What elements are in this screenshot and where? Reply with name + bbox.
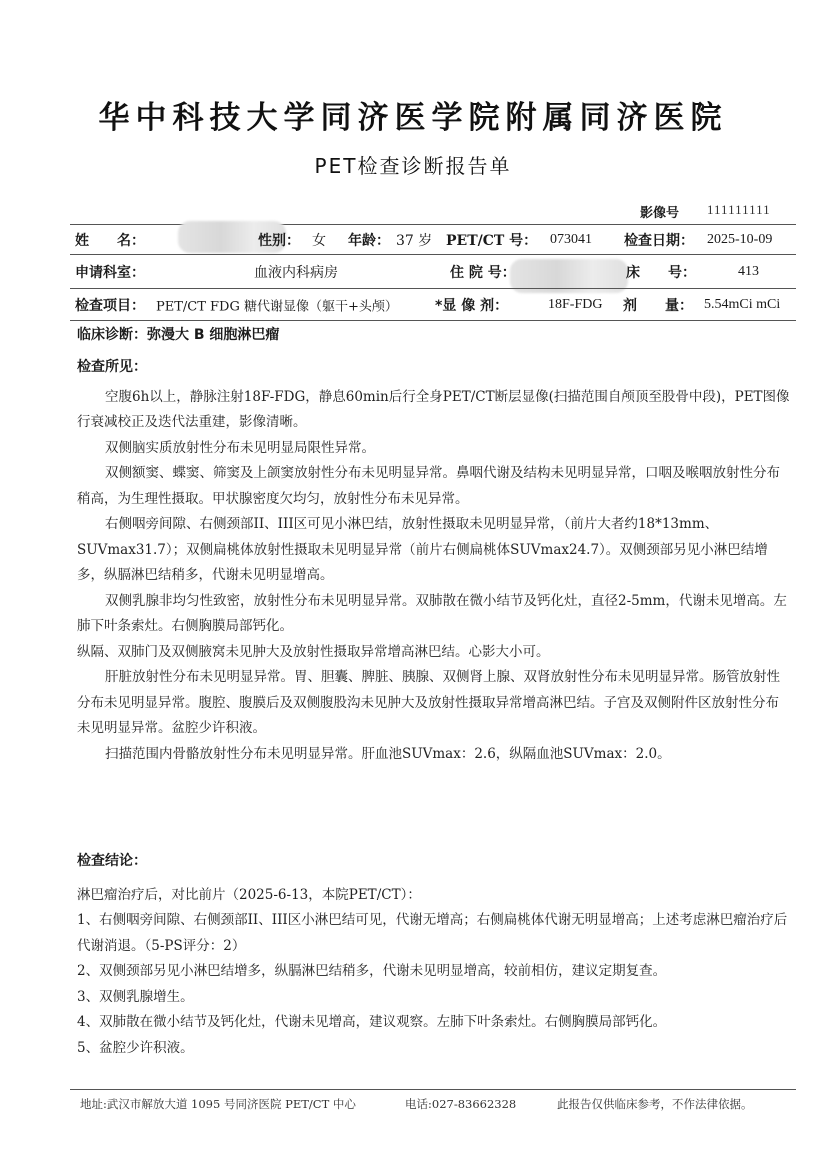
findings-paragraph: 纵隔、双肺门及双侧腋窝未见肿大及放射性摄取异常增高淋巴结。心影大小可。 <box>77 640 792 666</box>
sex-label: 性别： <box>258 230 300 250</box>
footer-disclaimer: 此报告仅供临床参考，不作法律依据。 <box>557 1096 753 1112</box>
image-number: 影像号 111111111 <box>640 202 771 221</box>
age-label: 年龄： <box>348 230 390 250</box>
footer-address: 地址:武汉市解放大道 1095 号同济医院 PET/CT 中心 <box>80 1096 356 1112</box>
dose-value: 5.54mCi mCi <box>704 297 780 313</box>
age-value: 37 岁 <box>396 230 432 250</box>
report-title: PET检查诊断报告单 <box>0 150 826 179</box>
clinical-diagnosis-value: 弥漫大 B 细胞淋巴瘤 <box>147 327 279 343</box>
exam-date-value: 2025-10-09 <box>707 232 772 248</box>
sex-value: 女 <box>312 230 326 250</box>
findings-section: 检查所见： 空腹6h以上，静脉注射18F-FDG，静息60min后行全身PET/… <box>77 355 792 767</box>
conclusion-item: 3、双侧乳腺增生。 <box>77 985 792 1011</box>
image-number-value: 111111111 <box>707 202 771 221</box>
tracer-label: *显 像 剂： <box>435 295 508 315</box>
clinical-diagnosis-label: 临床诊断： <box>77 327 147 343</box>
findings-heading: 检查所见： <box>77 355 792 381</box>
findings-paragraph: 双侧额窦、蝶窦、筛窦及上颌窦放射性分布未见明显异常。鼻咽代谢及结构未见明显异常，… <box>77 461 792 512</box>
inpatient-number-label: 住 院 号： <box>450 262 516 282</box>
info-row-1: 姓 名： 性别： 女 年龄： 37 岁 PET/CT 号： 073041 检查日… <box>70 224 796 254</box>
findings-paragraph: 空腹6h以上，静脉注射18F-FDG，静息60min后行全身PET/CT断层显像… <box>77 385 792 436</box>
findings-paragraph: 双侧脑实质放射性分布未见明显局限性异常。 <box>77 436 792 462</box>
patient-info-table: 姓 名： 性别： 女 年龄： 37 岁 PET/CT 号： 073041 检查日… <box>70 224 796 321</box>
exam-item-label: 检查项目： <box>75 295 145 315</box>
conclusion-item: 1、右侧咽旁间隙、右侧颈部II、III区小淋巴结可见，代谢无增高；右侧扁桃体代谢… <box>77 908 792 959</box>
conclusion-item: 2、双侧颈部另见小淋巴结增多，纵膈淋巴结稍多，代谢未见明显增高，较前相仿，建议定… <box>77 959 792 985</box>
conclusion-section: 检查结论： 淋巴瘤治疗后，对比前片（2025-6-13，本院PET/CT）： 1… <box>77 849 792 1061</box>
image-number-label: 影像号 <box>640 202 679 221</box>
findings-paragraph: 双侧乳腺非均匀性致密，放射性分布未见明显异常。双肺散在微小结节及钙化灶，直径2-… <box>77 589 792 640</box>
findings-paragraph: 扫描范围内骨骼放射性分布未见明显异常。肝血池SUVmax：2.6，纵隔血池SUV… <box>77 742 792 768</box>
exam-date-label: 检查日期： <box>624 230 694 250</box>
department-label: 申请科室： <box>75 262 145 282</box>
name-label: 姓 名： <box>75 230 145 250</box>
conclusion-item: 5、盆腔少许积液。 <box>77 1036 792 1062</box>
info-row-2: 申请科室： 血液内科病房 住 院 号： 床 号： 413 <box>70 254 796 288</box>
department-value: 血液内科病房 <box>254 262 338 282</box>
findings-paragraph: 肝脏放射性分布未见明显异常。胃、胆囊、脾脏、胰腺、双侧肾上腺、双肾放射性分布未见… <box>77 665 792 742</box>
info-row-3: 检查项目： PET/CT FDG 糖代谢显像（躯干+头颅） *显 像 剂： 18… <box>70 288 796 321</box>
petct-number-value: 073041 <box>550 232 592 248</box>
conclusion-item: 4、双肺散在微小结节及钙化灶，代谢未见增高，建议观察。左肺下叶条索灶。右侧胸膜局… <box>77 1010 792 1036</box>
bed-label: 床 号： <box>626 262 696 282</box>
exam-item-value: PET/CT FDG 糖代谢显像（躯干+头颅） <box>156 295 398 314</box>
tracer-value: 18F-FDG <box>548 297 602 313</box>
conclusion-intro: 淋巴瘤治疗后，对比前片（2025-6-13，本院PET/CT）： <box>77 883 792 909</box>
footer-divider <box>70 1089 796 1090</box>
bed-value: 413 <box>738 264 759 280</box>
hospital-name: 华中科技大学同济医学院附属同济医院 <box>0 92 826 137</box>
footer-phone: 电话:027-83662328 <box>405 1096 516 1112</box>
petct-number-label: PET/CT 号： <box>446 230 537 250</box>
clinical-diagnosis: 临床诊断：弥漫大 B 细胞淋巴瘤 <box>77 323 792 349</box>
conclusion-heading: 检查结论： <box>77 849 792 875</box>
findings-paragraph: 右侧咽旁间隙、右侧颈部II、III区可见小淋巴结，放射性摄取未见明显异常，（前片… <box>77 512 792 589</box>
dose-label: 剂 量： <box>623 295 693 315</box>
